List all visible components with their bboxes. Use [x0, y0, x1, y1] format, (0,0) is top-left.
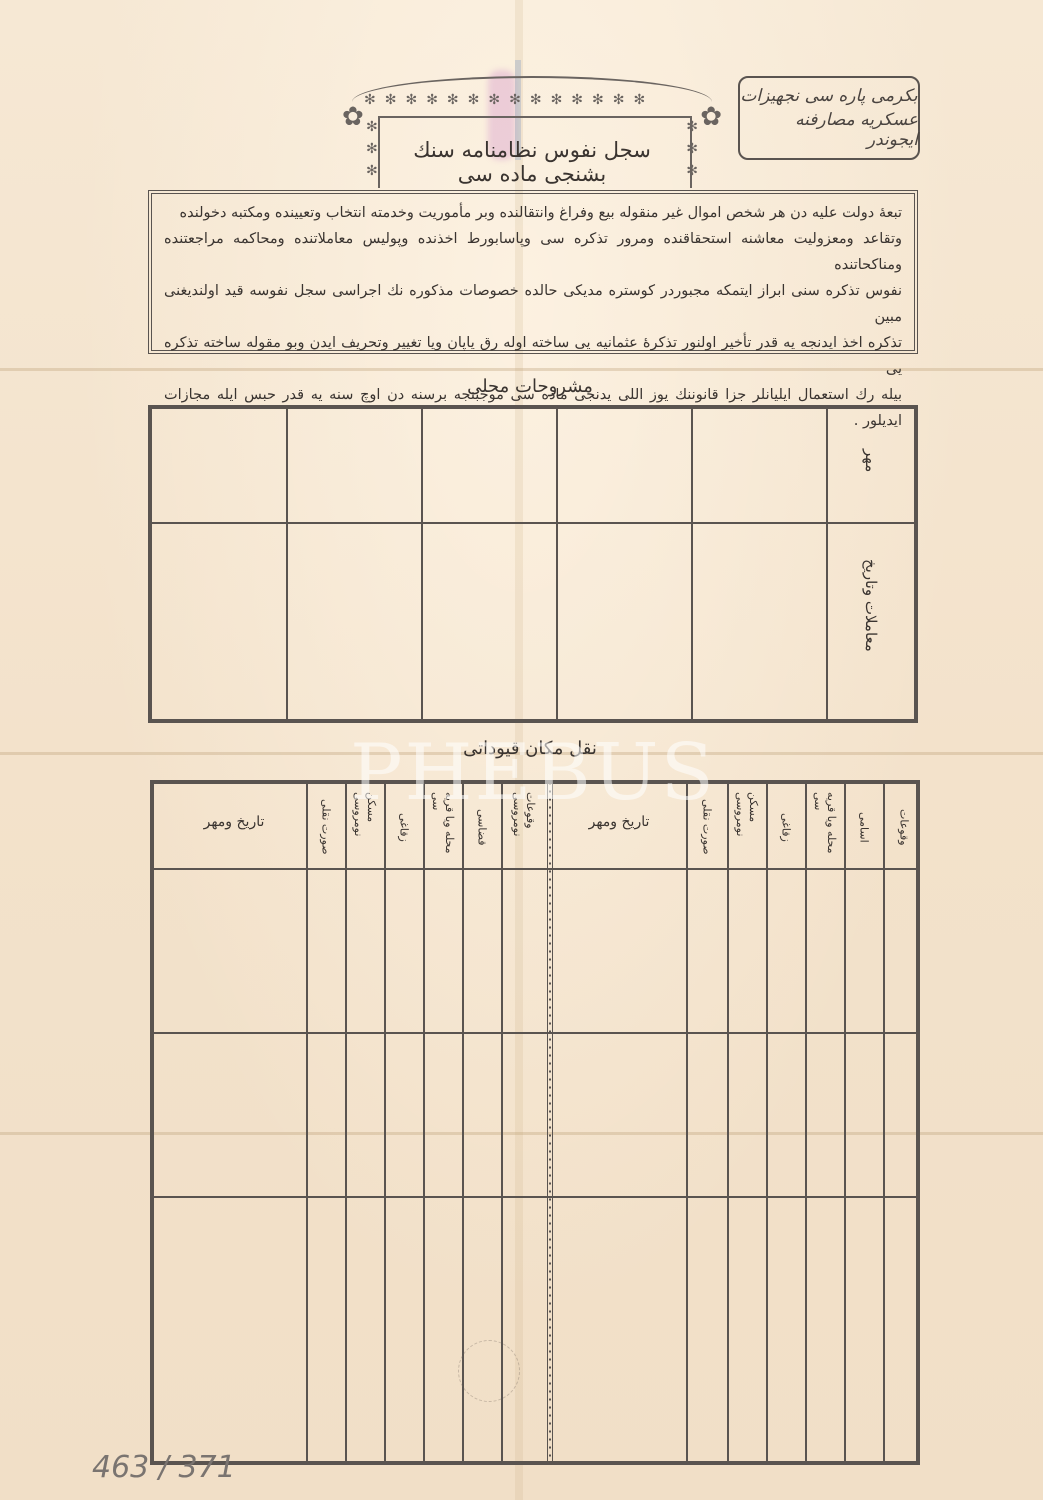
column-line: [286, 409, 288, 719]
column-header-house-number: مسكن نومروسى: [730, 792, 764, 862]
column-line: [421, 409, 423, 719]
column-line: [384, 784, 386, 1461]
column-header-date-seal: تاريخ ومهر: [164, 814, 304, 830]
law-text-line: وتقاعد ومعزوليت معاشنه استحقاقنده ومرور …: [164, 226, 902, 278]
price-note-box: بكرمى پاره سى نجهيزات عسكريه مصارفنه ايج…: [738, 76, 920, 160]
column-header-transfer-type: صورت نقلى: [309, 792, 343, 862]
column-line: [423, 784, 425, 1461]
column-line: [805, 784, 807, 1461]
title-cartouche: ✻✻✻✻✻✻✻✻✻✻✻✻✻✻ ✿ ✿ ✻✻✻ ✻✻✻ سجل نفوس نظام…: [342, 76, 722, 186]
law-text-line: تبعهٔ دولت عليه دن هر شخص اموال غير منقو…: [164, 200, 902, 226]
column-header-street: زقاغى: [769, 792, 803, 862]
column-line: [345, 784, 347, 1461]
row-line: [154, 1196, 916, 1198]
center-divider: [547, 784, 553, 1461]
column-line: [826, 409, 828, 719]
row-line: [152, 522, 914, 524]
transactions-date-row-label: معاملات وتاريخ: [862, 559, 880, 652]
row-line: [154, 1032, 916, 1034]
law-text-line: نفوس تذكره سنى ابراز ايتمكه مجبوردر كوست…: [164, 278, 902, 330]
faded-stamp: [458, 1340, 520, 1402]
transfer-records-table: وقوعات اسامى محله ويا قريه سى زقاغى مسكن…: [150, 780, 920, 1465]
column-header-names: اسامى: [847, 792, 881, 862]
column-header-quarter-village: محله ويا قريه سى: [808, 792, 842, 862]
local-annotations-table: مهر معاملات وتاريخ: [148, 405, 918, 723]
seal-row-label: مهر: [862, 449, 880, 472]
column-line: [844, 784, 846, 1461]
price-note-line1: بكرمى پاره سى نجهيزات: [740, 86, 917, 106]
column-header-occurrence-number: وقوعات: [889, 792, 919, 862]
header-line: [154, 868, 916, 870]
watermark: PHEBUS: [350, 728, 716, 818]
local-annotations-caption: مشروحات محلى: [380, 376, 680, 397]
column-line: [727, 784, 729, 1461]
column-line: [883, 784, 885, 1461]
column-line: [766, 784, 768, 1461]
column-line: [306, 784, 308, 1461]
column-line: [691, 409, 693, 719]
document-title: سجل نفوس نظامنامه سنك بشنجى ماده سى: [382, 138, 682, 186]
law-article-box: تبعهٔ دولت عليه دن هر شخص اموال غير منقو…: [148, 190, 918, 354]
ornament-stars-icon: ✻✻✻: [366, 116, 378, 182]
flower-ornament-icon: ✿: [700, 102, 722, 132]
column-line: [556, 409, 558, 719]
column-line: [686, 784, 688, 1461]
price-note-line2: عسكريه مصارفنه ايجوندر: [740, 110, 918, 150]
flower-ornament-icon: ✿: [342, 102, 364, 132]
handwritten-reference-number: 463 / 371: [92, 1450, 236, 1485]
ornament-stars-icon: ✻✻✻✻✻✻✻✻✻✻✻✻✻✻: [364, 92, 700, 108]
law-text-line: تذكره اخذ ايدنجه يه قدر تأخير اولنور تذك…: [164, 330, 902, 382]
